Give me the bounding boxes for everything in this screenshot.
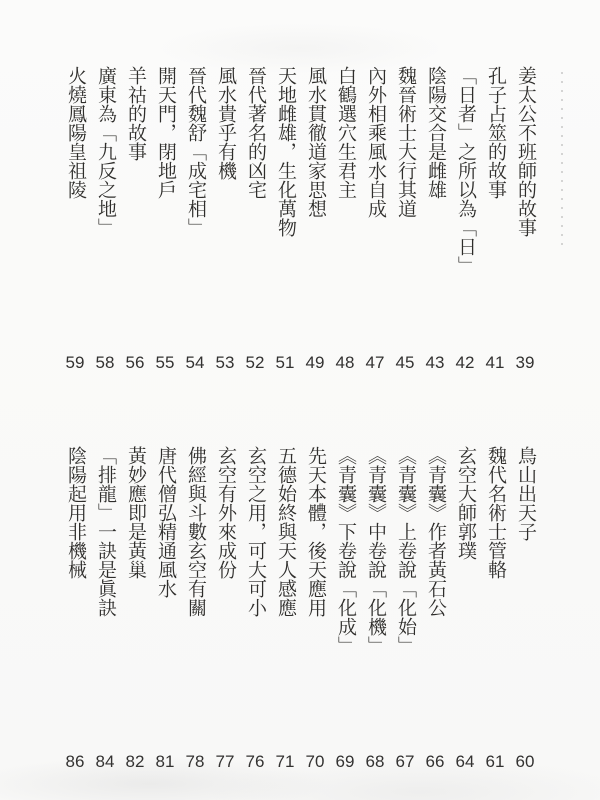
toc-entry-title: 魏晉術士大行其道: [390, 66, 420, 218]
toc-entry-title: 佛經與斗數玄空有關: [180, 446, 210, 617]
toc-entry-title: 「日者」之所以為「日」: [450, 66, 480, 275]
toc-entry-page-number: 48: [330, 353, 360, 373]
toc-entry-page-number: 47: [360, 353, 390, 373]
toc-page-number-row-upper: 39414243454748495152535455565859: [60, 353, 540, 373]
toc-entry-page-number: 58: [90, 353, 120, 373]
toc-entry-title: 姜太公不班師的故事: [510, 66, 540, 237]
toc-entry-page-number: 60: [510, 752, 540, 772]
toc-entry-page-number: 43: [420, 353, 450, 373]
toc-entry-page-number: 61: [480, 752, 510, 772]
toc-entry-page-number: 54: [180, 353, 210, 373]
toc-entry-page-number: 68: [360, 752, 390, 772]
toc-entry-page-number: 86: [60, 752, 90, 772]
toc-entry-title: 鳥山出天子: [510, 446, 540, 541]
toc-entry-title: 廣東為「九反之地」: [90, 66, 120, 237]
toc-entry-page-number: 70: [300, 752, 330, 772]
toc-entry-page-number: 77: [210, 752, 240, 772]
toc-entry-page-number: 53: [210, 353, 240, 373]
toc-entry-title: 玄空之用，可大可小: [240, 446, 270, 617]
toc-entry-title: 《青囊》作者黃石公: [420, 446, 450, 617]
toc-entry-page-number: 69: [330, 752, 360, 772]
toc-entry-page-number: 52: [240, 353, 270, 373]
toc-entry-title: 陰陽起用非機械: [60, 446, 90, 579]
toc-entry-title: 晉代著名的凶宅: [240, 66, 270, 199]
toc-entry-title: 白鶴選穴生君主: [330, 66, 360, 199]
toc-entry-page-number: 51: [270, 353, 300, 373]
scanned-page: 姜太公不班師的故事孔子占筮的故事「日者」之所以為「日」陰陽交合是雌雄魏晉術士大行…: [0, 0, 600, 800]
toc-entry-page-number: 55: [150, 353, 180, 373]
toc-page-number-row-lower: 60616466676869707176777881828486: [60, 752, 540, 772]
toc-entry-title: 陰陽交合是雌雄: [420, 66, 450, 199]
toc-entry-title: 開天門，閉地戶: [150, 66, 180, 199]
toc-entry-title: 黃妙應即是黃巢: [120, 446, 150, 579]
toc-entry-page-number: 49: [300, 353, 330, 373]
toc-entry-title: 《青囊》下卷說「化成」: [330, 446, 360, 655]
toc-entry-page-number: 67: [390, 752, 420, 772]
toc-entry-page-number: 56: [120, 353, 150, 373]
toc-entry-title: 晉代魏舒「成宅相」: [180, 66, 210, 237]
toc-entry-page-number: 81: [150, 752, 180, 772]
toc-entry-title: 羊祜的故事: [120, 66, 150, 161]
toc-entry-title: 《青囊》中卷說「化機」: [360, 446, 390, 655]
toc-entry-title: 風水貫徹道家思想: [300, 66, 330, 218]
toc-entry-title: 孔子占筮的故事: [480, 66, 510, 199]
toc-entry-page-number: 84: [90, 752, 120, 772]
toc-entry-page-number: 82: [120, 752, 150, 772]
toc-entry-title: 魏代名術士管輅: [480, 446, 510, 579]
toc-entry-title: 火燒鳳陽皇祖陵: [60, 66, 90, 199]
scan-edge-artifact: [561, 72, 563, 250]
toc-entry-title: 「排龍」一訣是眞訣: [90, 446, 120, 617]
toc-entry-title: 玄空大師郭璞: [450, 446, 480, 560]
toc-title-columns-upper: 姜太公不班師的故事孔子占筮的故事「日者」之所以為「日」陰陽交合是雌雄魏晉術士大行…: [60, 66, 540, 275]
toc-entry-page-number: 42: [450, 353, 480, 373]
toc-entry-page-number: 66: [420, 752, 450, 772]
toc-section-lower: 鳥山出天子魏代名術士管輅玄空大師郭璞《青囊》作者黃石公《青囊》上卷說「化始」《青…: [60, 446, 540, 655]
toc-section-upper: 姜太公不班師的故事孔子占筮的故事「日者」之所以為「日」陰陽交合是雌雄魏晉術士大行…: [60, 66, 540, 275]
toc-entry-page-number: 59: [60, 353, 90, 373]
toc-entry-title: 內外相乘風水自成: [360, 66, 390, 218]
toc-entry-title: 天地雌雄，生化萬物: [270, 66, 300, 237]
toc-entry-title: 《青囊》上卷說「化始」: [390, 446, 420, 655]
toc-entry-page-number: 76: [240, 752, 270, 772]
toc-entry-title: 先天本體，後天應用: [300, 446, 330, 617]
toc-entry-page-number: 64: [450, 752, 480, 772]
toc-entry-page-number: 78: [180, 752, 210, 772]
toc-entry-page-number: 45: [390, 353, 420, 373]
toc-title-columns-lower: 鳥山出天子魏代名術士管輅玄空大師郭璞《青囊》作者黃石公《青囊》上卷說「化始」《青…: [60, 446, 540, 655]
toc-entry-page-number: 41: [480, 353, 510, 373]
toc-entry-title: 唐代僧弘精通風水: [150, 446, 180, 598]
toc-entry-title: 玄空有外來成份: [210, 446, 240, 579]
toc-entry-page-number: 71: [270, 752, 300, 772]
toc-entry-title: 風水貴乎有機: [210, 66, 240, 180]
toc-entry-title: 五德始終與天人感應: [270, 446, 300, 617]
toc-entry-page-number: 39: [510, 353, 540, 373]
